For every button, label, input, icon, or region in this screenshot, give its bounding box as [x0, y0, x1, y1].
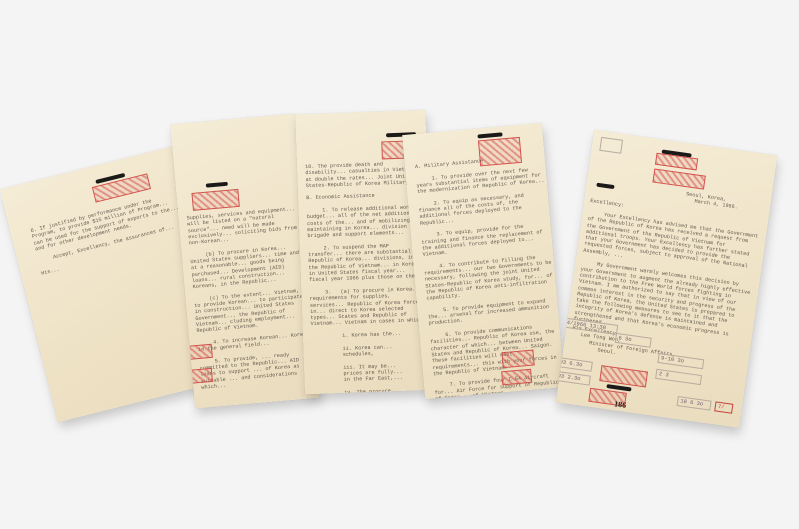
photo-stage: 6. If justified by performance under the…	[0, 0, 799, 529]
handwritten-log-7: 18 6 3o	[677, 396, 712, 411]
declassification-stamp	[655, 153, 698, 171]
file-number-box	[599, 137, 623, 154]
declassification-stamp	[191, 189, 239, 211]
document-page-5: Seoul, Korea, March 4, 1966. Excellency:…	[556, 130, 777, 428]
handwritten-log-3: 9-10 3o	[657, 353, 704, 369]
handwritten-log-4: 2 3	[655, 369, 702, 385]
page-2-body-text: Supplies, services and equipment... will…	[186, 205, 316, 391]
redaction-mark	[206, 182, 228, 188]
page-5-number: 186	[614, 399, 627, 410]
redaction-mark	[596, 183, 614, 189]
handwritten-log-5: 93 6.3o	[556, 357, 593, 372]
declassification-stamp	[501, 349, 534, 368]
declassification-stamp	[652, 169, 705, 190]
page-1-body-text: 6. If justified by performance under the…	[30, 192, 188, 277]
page-4-body-text: A. Military Assistance 1. To provide ove…	[415, 153, 565, 399]
handwritten-log-8: 7/	[714, 401, 733, 413]
document-page-4: A. Military Assistance 1. To provide ove…	[402, 123, 565, 399]
declassification-stamp	[501, 369, 532, 386]
place-and-date: Seoul, Korea, March 4, 1966.	[685, 191, 766, 215]
handwritten-log-6: 93 2.3o	[556, 371, 591, 386]
